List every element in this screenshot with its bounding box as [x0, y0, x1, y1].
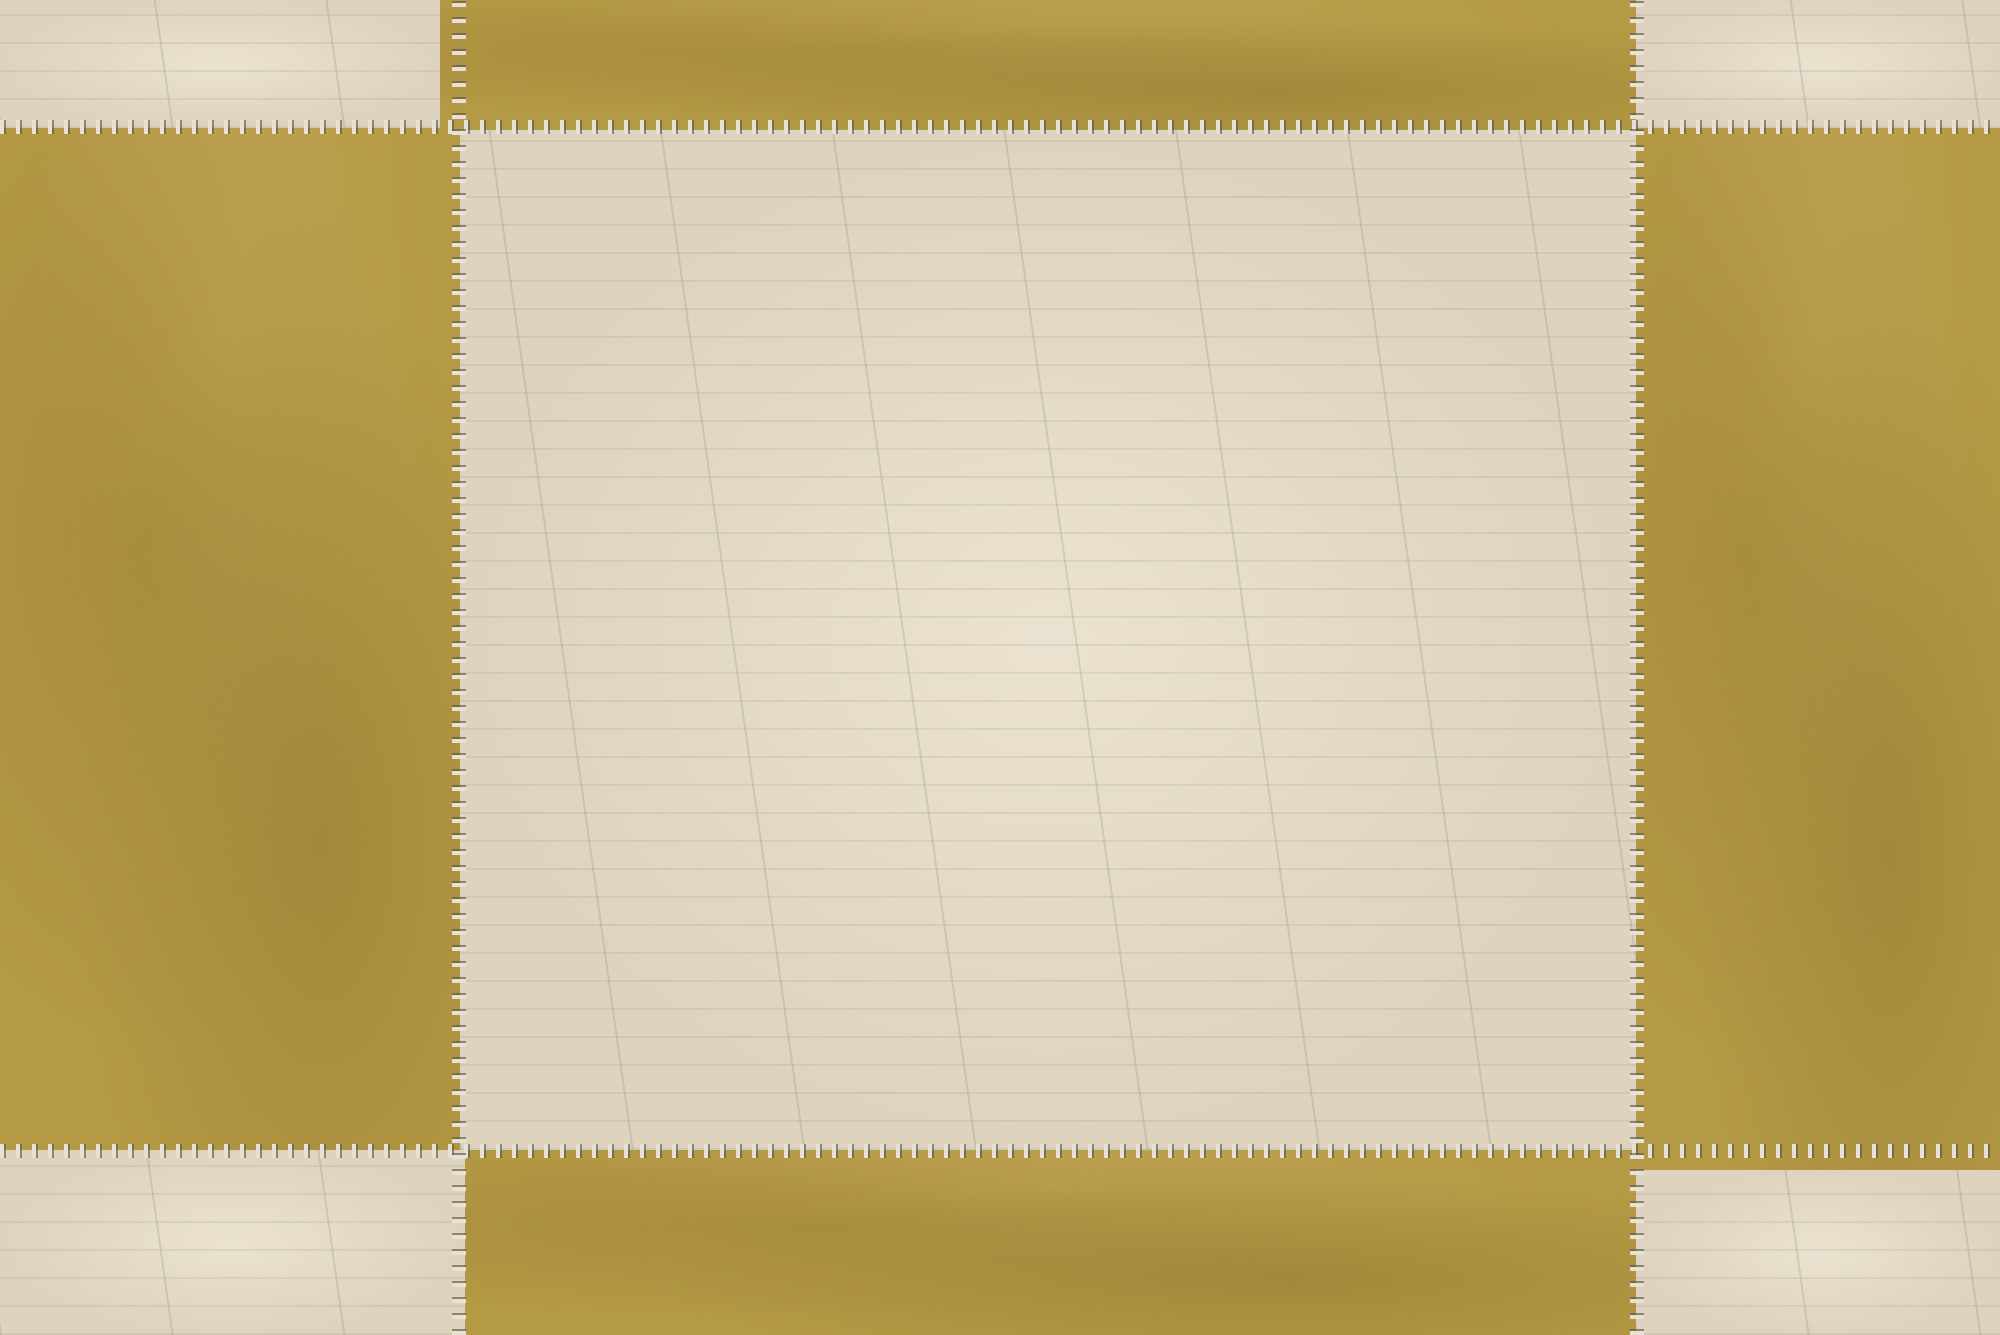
patch-gold-middle-left — [0, 128, 460, 1150]
seam-right — [1630, 0, 1644, 1335]
seam-left — [452, 0, 466, 1335]
seam-bottom — [0, 1144, 2000, 1158]
patch-cream-top-left — [0, 0, 440, 128]
patch-gold-top-center — [440, 0, 1636, 130]
seam-top — [0, 120, 2000, 134]
patch-gold-middle-right — [1636, 128, 2000, 1170]
patch-gold-bottom-center — [465, 1150, 1636, 1335]
patch-cream-bottom-left — [0, 1150, 465, 1335]
patch-cream-top-right — [1636, 0, 2000, 128]
patch-cream-center — [460, 130, 1636, 1150]
patch-cream-bottom-right — [1636, 1170, 2000, 1335]
